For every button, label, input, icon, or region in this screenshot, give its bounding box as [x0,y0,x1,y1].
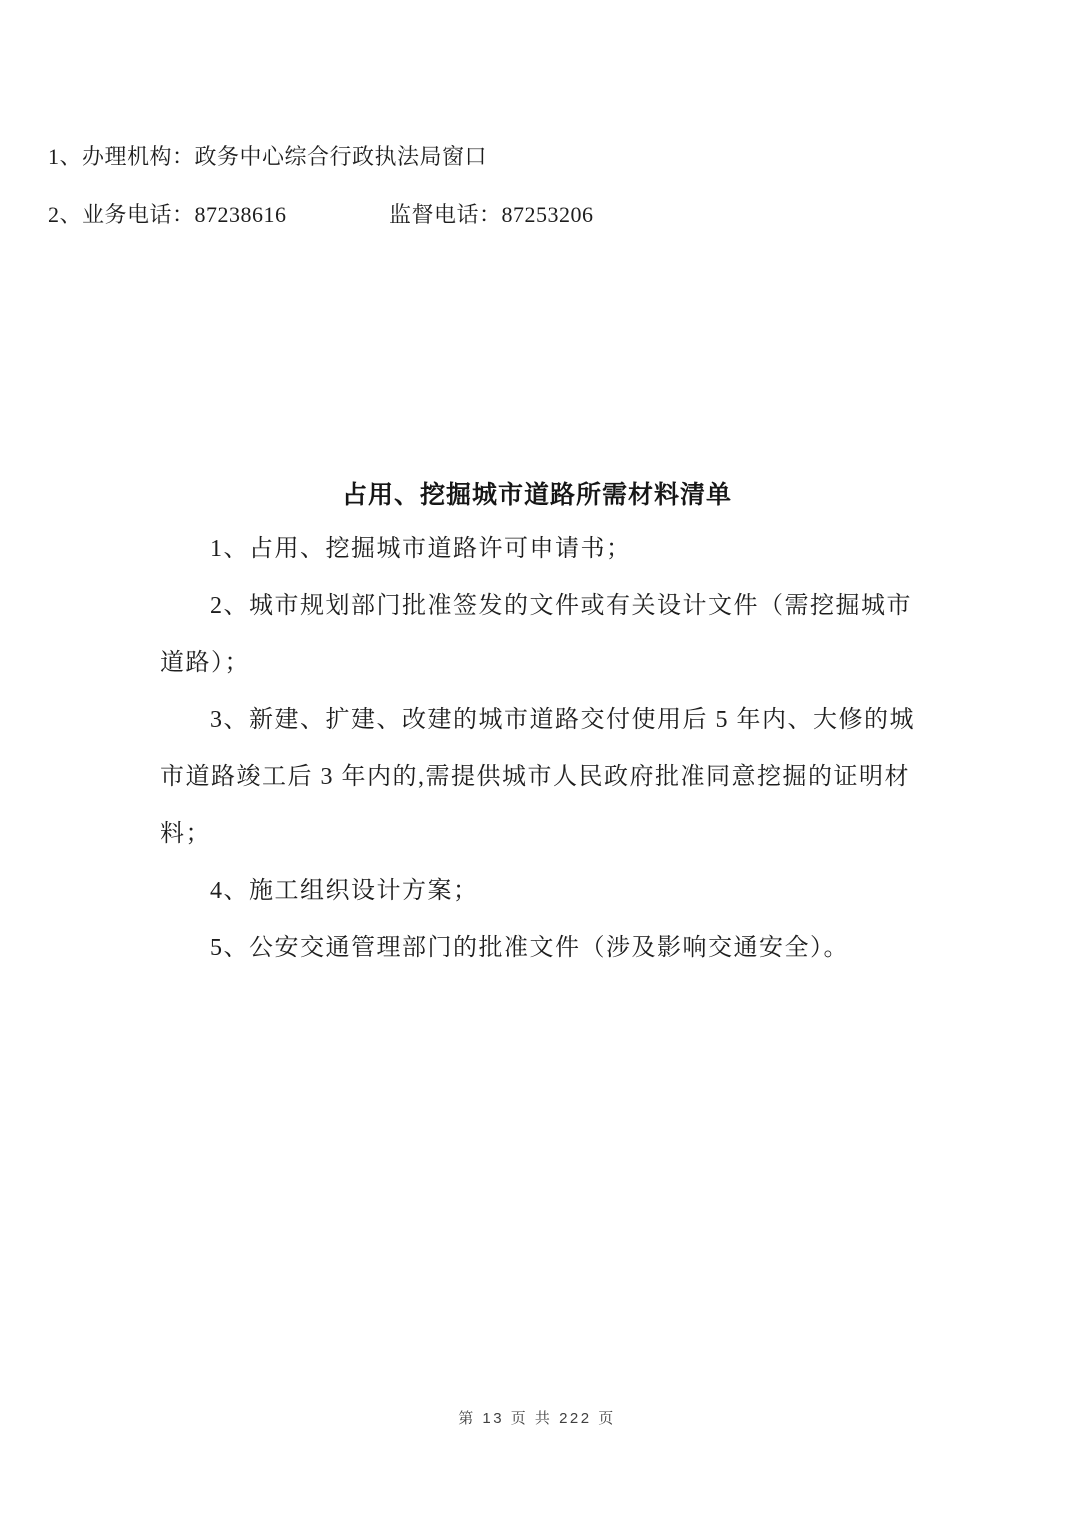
list-item-line: 2、城市规划部门批准签发的文件或有关设计文件（需挖掘城市 [160,578,925,635]
list-item: 2、城市规划部门批准签发的文件或有关设计文件（需挖掘城市 道路）； [160,578,925,692]
list-item-line: 1、占用、挖掘城市道路许可申请书； [160,521,925,578]
list-item: 5、公安交通管理部门的批准文件（涉及影响交通安全）。 [160,920,925,977]
business-phone: 2、业务电话：87238616 [48,186,383,244]
list-item-line: 料； [160,806,925,863]
list-item-line: 3、新建、扩建、改建的城市道路交付使用后 5 年内、大修的城 [160,692,925,749]
list-item-line: 5、公安交通管理部门的批准文件（涉及影响交通安全）。 [160,920,925,977]
section-title: 占用、挖掘城市道路所需材料清单 [0,478,1074,512]
list-item: 3、新建、扩建、改建的城市道路交付使用后 5 年内、大修的城 市道路竣工后 3 … [160,692,925,863]
list-item-line: 4、施工组织设计方案； [160,863,925,920]
agency-info-block: 1、办理机构：政务中心综合行政执法局窗口 2、业务电话：87238616 监督电… [48,128,594,244]
list-item: 4、施工组织设计方案； [160,863,925,920]
phone-line: 2、业务电话：87238616 监督电话：87253206 [48,186,594,244]
materials-list: 1、占用、挖掘城市道路许可申请书； 2、城市规划部门批准签发的文件或有关设计文件… [160,521,925,977]
document-page: 1、办理机构：政务中心综合行政执法局窗口 2、业务电话：87238616 监督电… [0,0,1074,1520]
list-item-line: 道路）； [160,635,925,692]
list-item: 1、占用、挖掘城市道路许可申请书； [160,521,925,578]
supervision-phone: 监督电话：87253206 [389,186,594,244]
list-item-line: 市道路竣工后 3 年内的,需提供城市人民政府批准同意挖掘的证明材 [160,749,925,806]
page-number-footer: 第 13 页 共 222 页 [0,1404,1074,1434]
agency-line: 1、办理机构：政务中心综合行政执法局窗口 [48,128,594,186]
